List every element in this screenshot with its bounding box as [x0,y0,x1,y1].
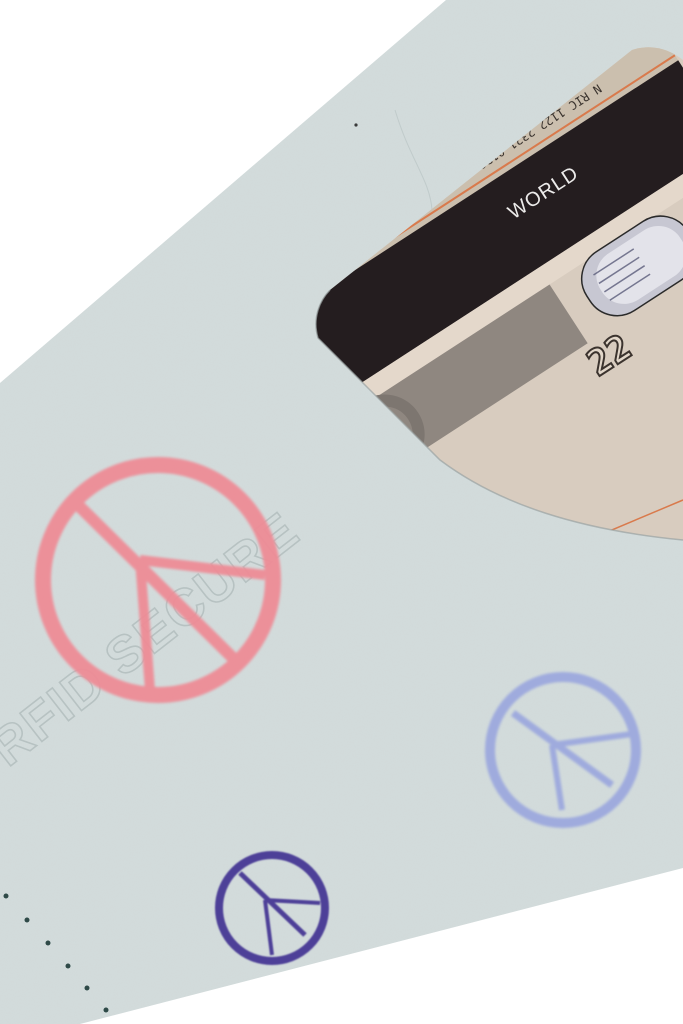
wallet-photo: N RIC 1122 2321 0126 0110 0161 DE NW WOR… [0,0,683,1024]
